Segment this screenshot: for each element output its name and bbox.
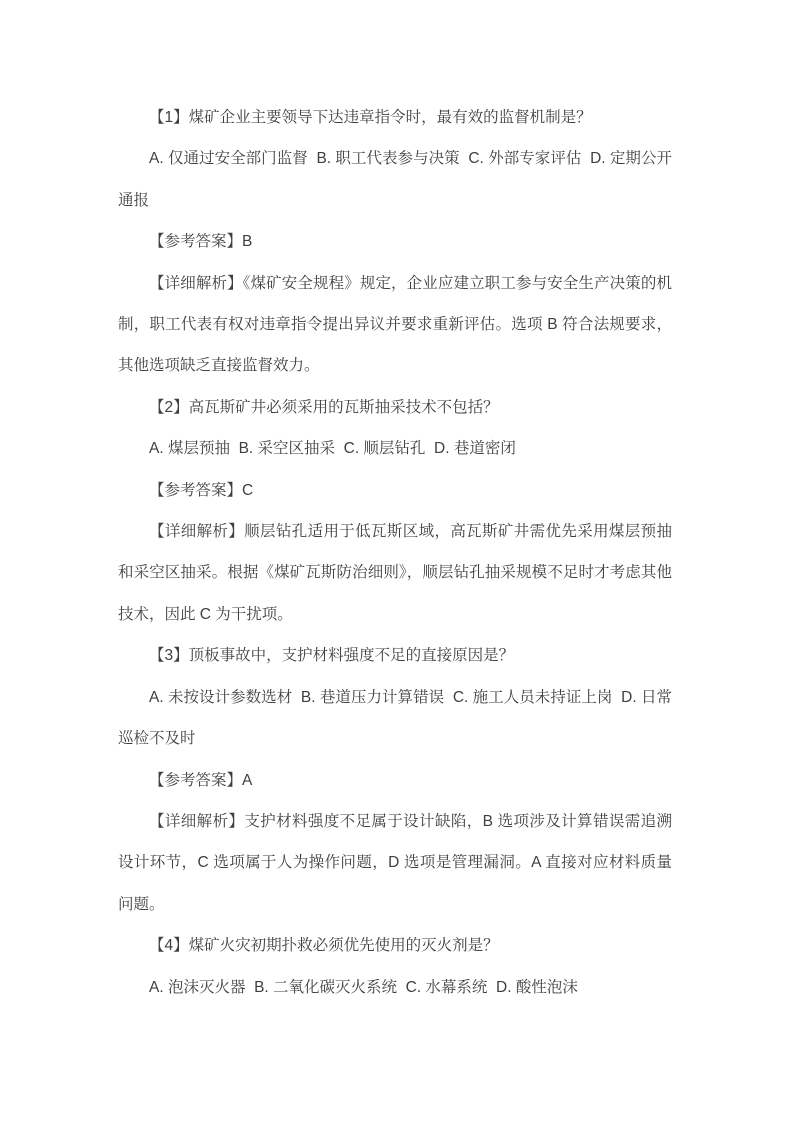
question-block: 【4】煤矿火灾初期扑救必须优先使用的灭火剂是？A. 泡沫灭火器 B. 二氧化碳灭… [118, 925, 672, 1008]
document-page: 【1】煤矿企业主要领导下达违章指令时，最有效的监督机制是？A. 仅通过安全部门监… [0, 0, 793, 1122]
answer-text: 【参考答案】B [118, 221, 672, 262]
questions-container: 【1】煤矿企业主要领导下达违章指令时，最有效的监督机制是？A. 仅通过安全部门监… [118, 97, 672, 1008]
question-block: 【1】煤矿企业主要领导下达违章指令时，最有效的监督机制是？A. 仅通过安全部门监… [118, 97, 672, 387]
question-text: 【3】顶板事故中，支护材料强度不足的直接原因是？ [118, 635, 672, 676]
analysis-text: 【详细解析】《煤矿安全规程》规定，企业应建立职工参与安全生产决策的机制，职工代表… [118, 263, 672, 387]
question-block: 【2】高瓦斯矿井必须采用的瓦斯抽采技术不包括？A. 煤层预抽 B. 采空区抽采 … [118, 387, 672, 635]
options-text: A. 煤层预抽 B. 采空区抽采 C. 顺层钻孔 D. 巷道密闭 [118, 428, 672, 469]
question-text: 【2】高瓦斯矿井必须采用的瓦斯抽采技术不包括？ [118, 387, 672, 428]
options-text: A. 未按设计参数选材 B. 巷道压力计算错误 C. 施工人员未持证上岗 D. … [118, 677, 672, 760]
options-text: A. 仅通过安全部门监督 B. 职工代表参与决策 C. 外部专家评估 D. 定期… [118, 138, 672, 221]
analysis-text: 【详细解析】顺层钻孔适用于低瓦斯区域，高瓦斯矿井需优先采用煤层预抽和采空区抽采。… [118, 511, 672, 635]
answer-text: 【参考答案】C [118, 470, 672, 511]
answer-text: 【参考答案】A [118, 760, 672, 801]
analysis-text: 【详细解析】支护材料强度不足属于设计缺陷，B 选项涉及计算错误需追溯设计环节，C… [118, 801, 672, 925]
question-text: 【4】煤矿火灾初期扑救必须优先使用的灭火剂是？ [118, 925, 672, 966]
question-text: 【1】煤矿企业主要领导下达违章指令时，最有效的监督机制是？ [118, 97, 672, 138]
options-text: A. 泡沫灭火器 B. 二氧化碳灭火系统 C. 水幕系统 D. 酸性泡沫 [118, 967, 672, 1008]
question-block: 【3】顶板事故中，支护材料强度不足的直接原因是？A. 未按设计参数选材 B. 巷… [118, 635, 672, 925]
